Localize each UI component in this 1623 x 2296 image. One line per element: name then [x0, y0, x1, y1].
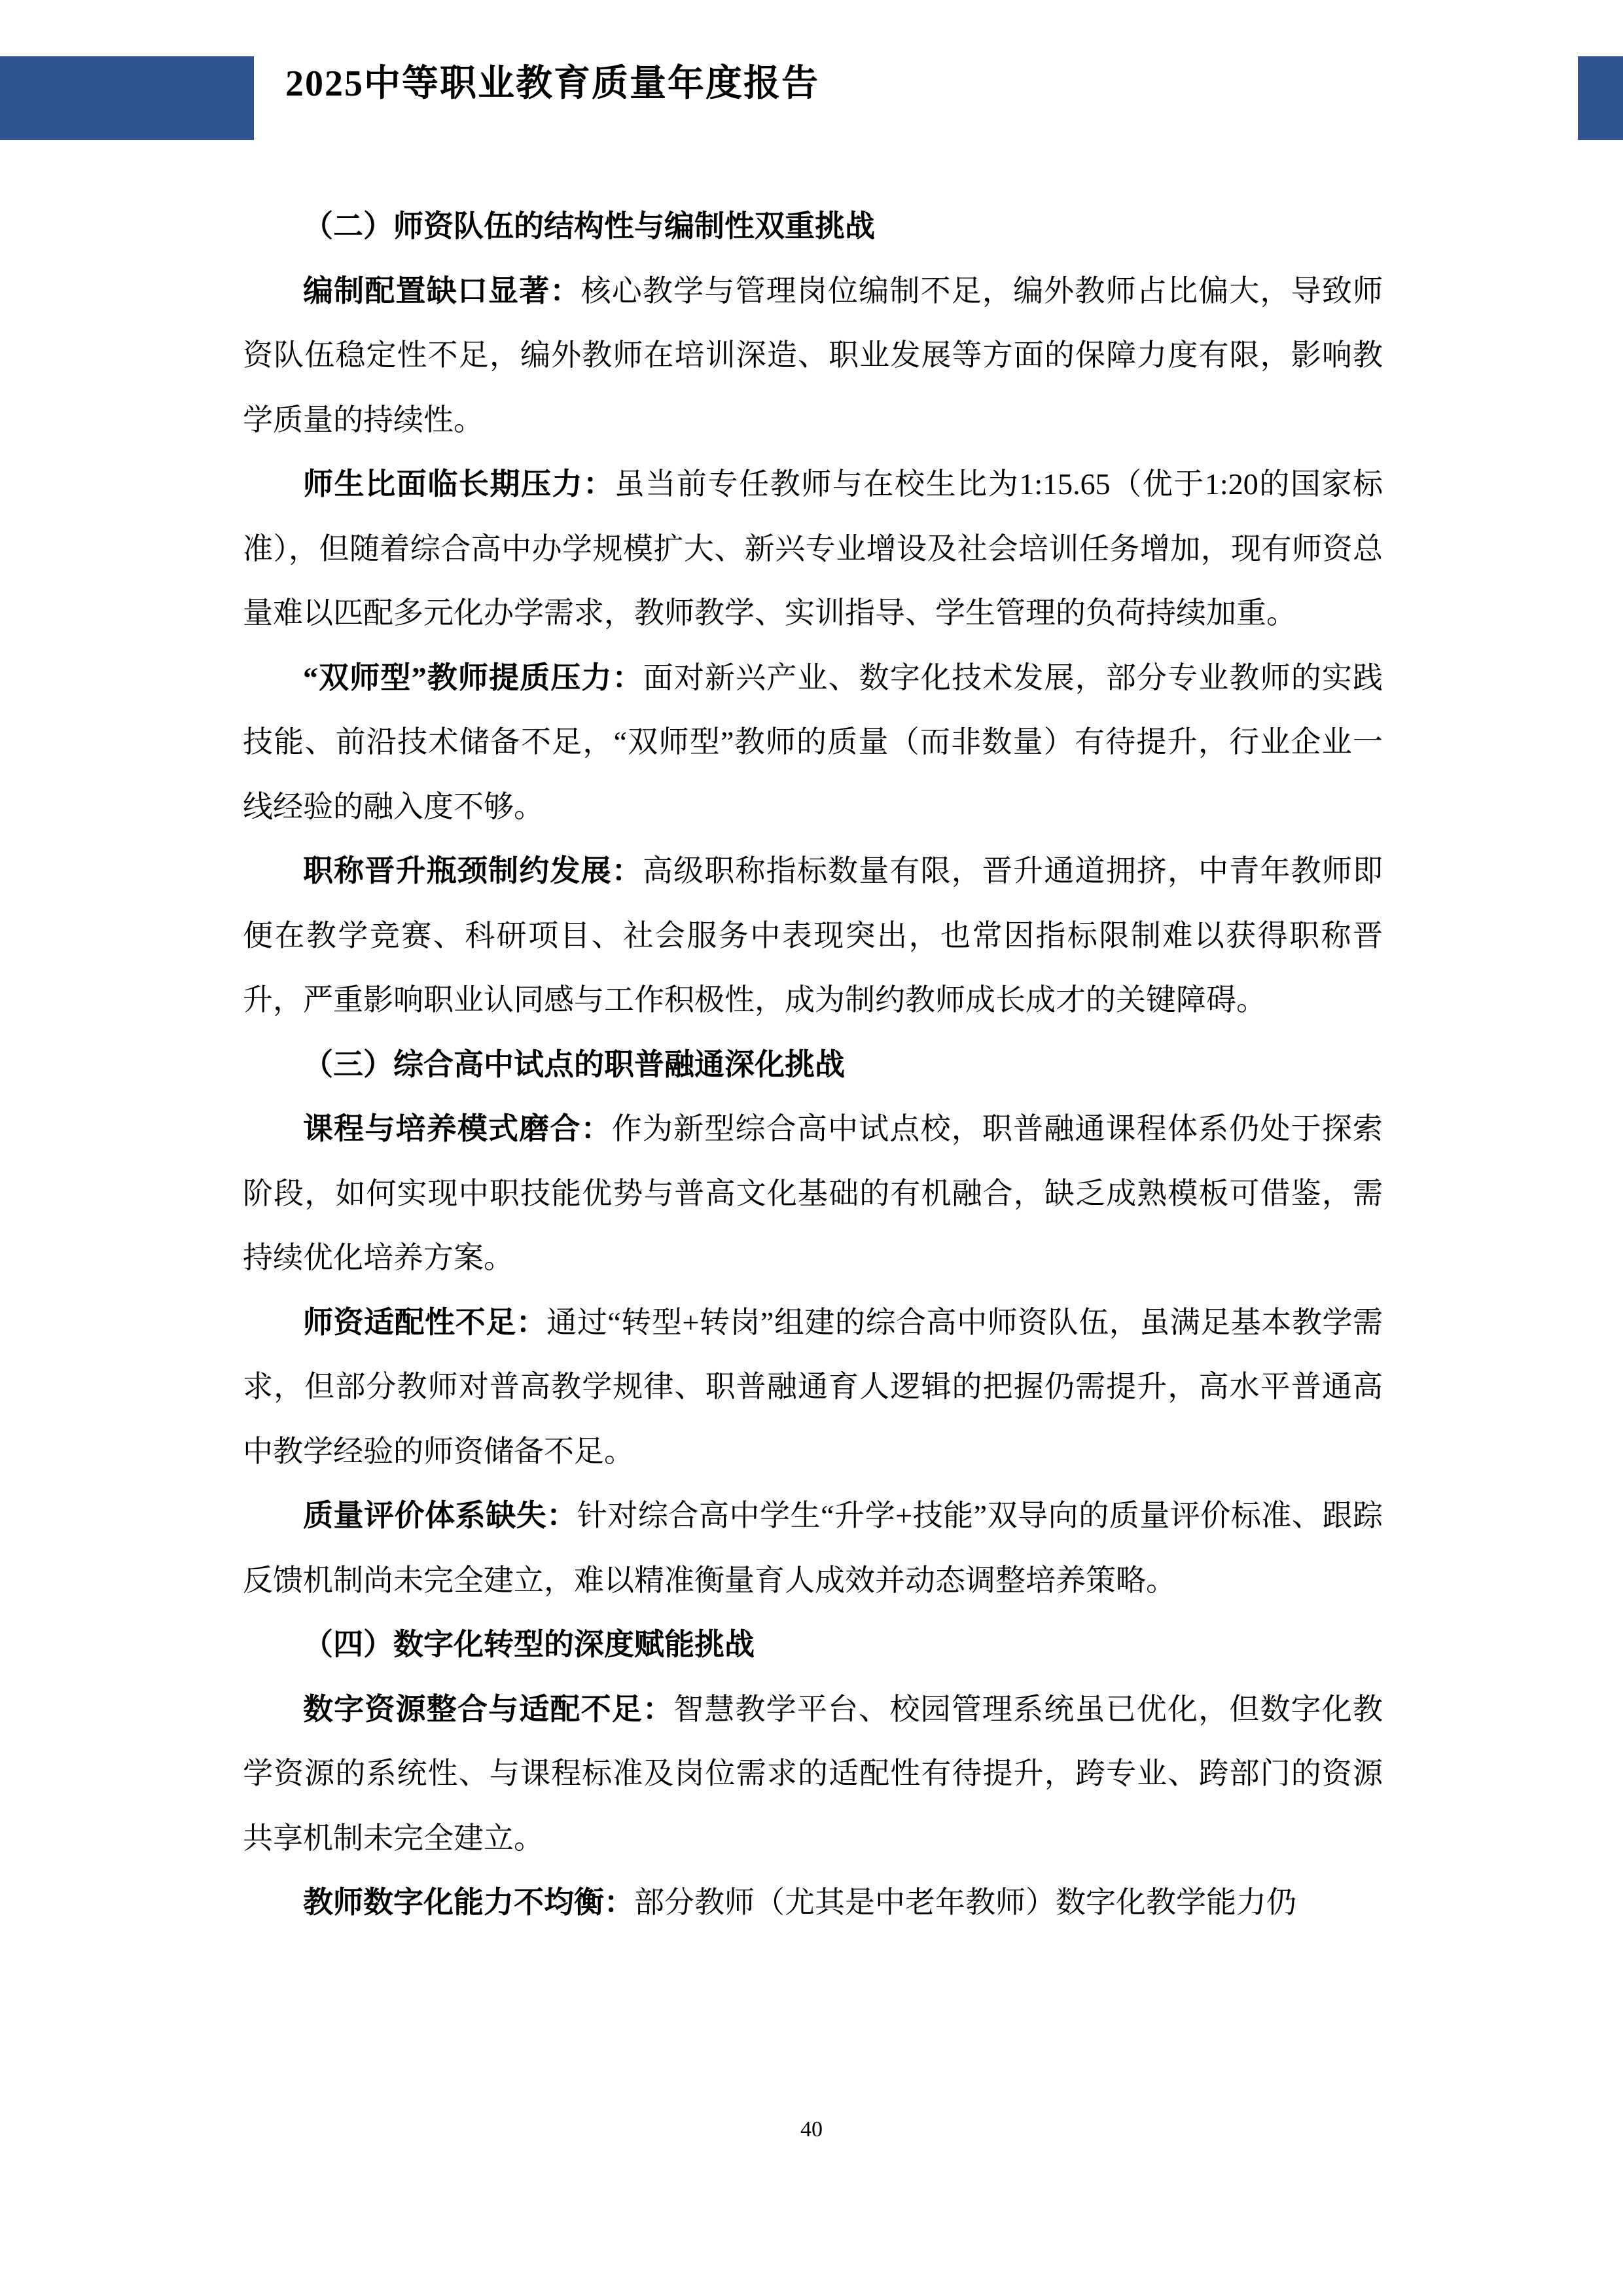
paragraph: 数字资源整合与适配不足：智慧教学平台、校园管理系统虽已优化，但数字化教学资源的系…: [243, 1677, 1383, 1871]
header-left-accent-bar: [0, 56, 254, 140]
paragraph-lead: 师资适配性不足：: [303, 1306, 546, 1339]
paragraph: 课程与培养模式磨合：作为新型综合高中试点校，职普融通课程体系仍处于探索阶段，如何…: [243, 1097, 1383, 1291]
paragraph-lead: 编制配置缺口显著：: [303, 274, 581, 308]
paragraph-lead: 师生比面临长期压力：: [303, 467, 615, 501]
paragraph-text: 部分教师（尤其是中老年教师）数字化教学能力仍: [634, 1886, 1296, 1919]
paragraph-lead: 课程与培养模式磨合：: [303, 1112, 612, 1145]
header-right-accent-bar: [1578, 56, 1623, 140]
paragraph: 职称晋升瓶颈制约发展：高级职称指标数量有限，晋升通道拥挤，中青年教师即便在教学竞…: [243, 839, 1383, 1033]
paragraph: 质量评价体系缺失：针对综合高中学生“升学+技能”双导向的质量评价标准、跟踪反馈机…: [243, 1484, 1383, 1613]
section-heading-3: （三）综合高中试点的职普融通深化挑战: [243, 1033, 1383, 1098]
section-heading-4: （四）数字化转型的深度赋能挑战: [243, 1613, 1383, 1677]
document-page: { "theme": { "accent_blue": "#2F5492", "…: [0, 0, 1623, 2296]
paragraph-lead: 教师数字化能力不均衡：: [303, 1886, 634, 1919]
paragraph: 师生比面临长期压力：虽当前专任教师与在校生比为1:15.65（优于1:20的国家…: [243, 452, 1383, 646]
document-body: （二）师资队伍的结构性与编制性双重挑战 编制配置缺口显著：核心教学与管理岗位编制…: [243, 194, 1383, 1935]
paragraph: 师资适配性不足：通过“转型+转岗”组建的综合高中师资队伍，虽满足基本教学需求，但…: [243, 1291, 1383, 1484]
section-heading-2: （二）师资队伍的结构性与编制性双重挑战: [243, 194, 1383, 259]
paragraph-lead: 数字资源整合与适配不足：: [303, 1693, 673, 1726]
paragraph-lead: 职称晋升瓶颈制约发展：: [303, 854, 643, 888]
page-number: 40: [0, 2115, 1623, 2144]
paragraph-lead: “双师型”教师提质压力：: [303, 661, 643, 694]
report-header-title: 2025中等职业教育质量年度报告: [285, 63, 819, 105]
paragraph-lead: 质量评价体系缺失：: [303, 1499, 577, 1532]
paragraph: 编制配置缺口显著：核心教学与管理岗位编制不足，编外教师占比偏大，导致师资队伍稳定…: [243, 259, 1383, 453]
paragraph: “双师型”教师提质压力：面对新兴产业、数字化技术发展，部分专业教师的实践技能、前…: [243, 646, 1383, 840]
paragraph: 教师数字化能力不均衡：部分教师（尤其是中老年教师）数字化教学能力仍: [243, 1871, 1383, 1935]
